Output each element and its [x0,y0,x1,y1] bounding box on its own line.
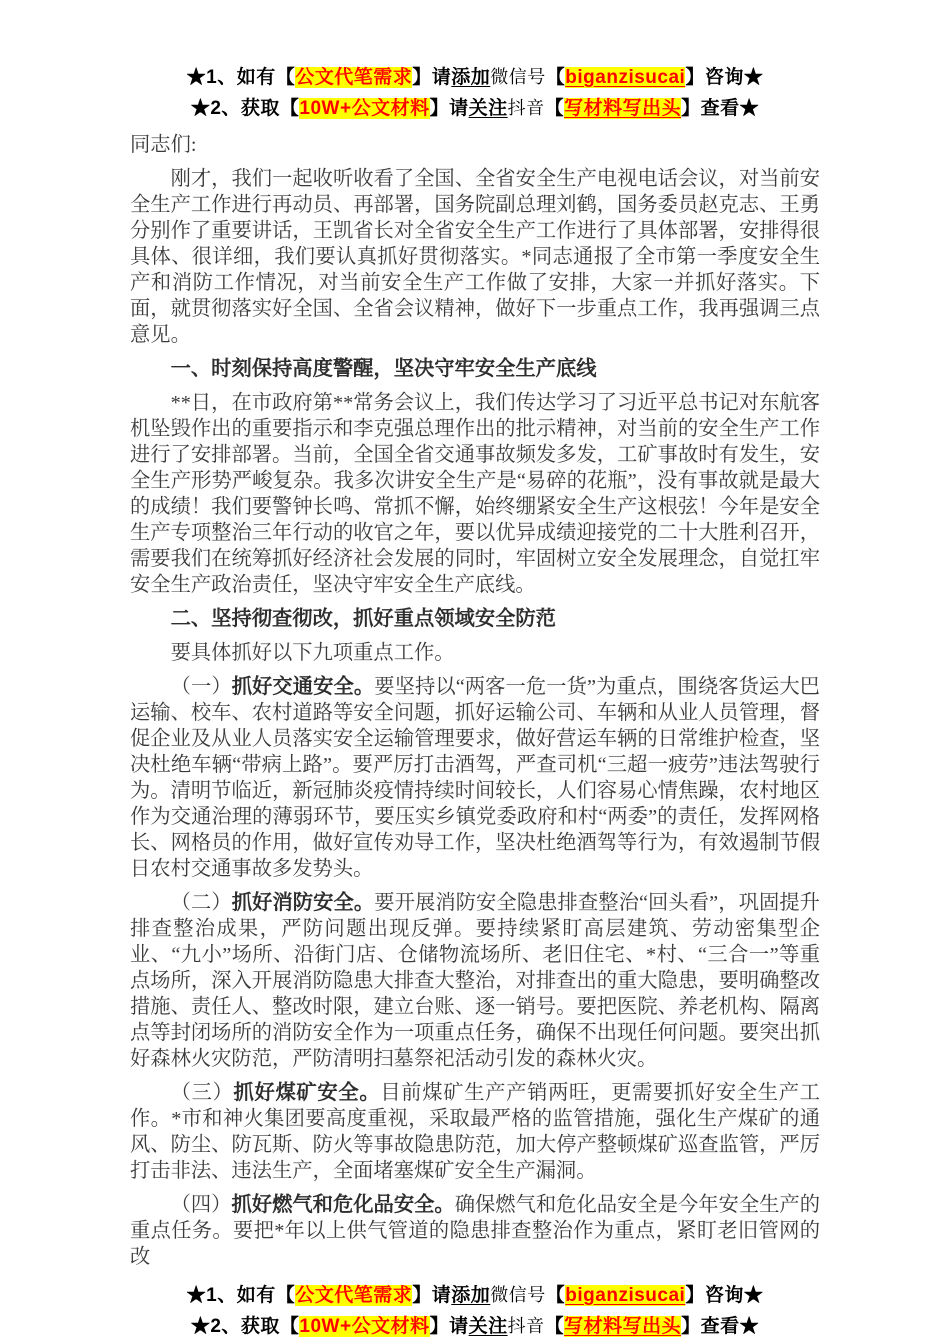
promo-text-wechat: 微信号 [490,1285,546,1305]
promo-action-add: 添加 [451,1285,490,1306]
paragraph-lead: 抓好煤矿安全。 [234,1082,381,1104]
promo-line-1: ★1、如有【公文代笔需求】请添加微信号【biganzisucai】咨询★ [130,62,820,93]
paragraph: （三）抓好煤矿安全。目前煤矿生产产销两旺，更需要抓好安全生产工作。*市和神火集团… [130,1080,820,1184]
promo-highlight-materials: 10W+公文材料 [299,1316,429,1337]
promo-douyin-id: 写材料写出头 [564,1316,681,1337]
promo-wechat-id: biganzisucai [565,1285,685,1306]
promo-text: 】请 [430,1316,469,1337]
promo-banner-top: ★1、如有【公文代笔需求】请添加微信号【biganzisucai】咨询★ ★2、… [130,62,820,124]
promo-text: 【 [546,1285,566,1306]
paragraph-number: （一） [171,676,232,698]
paragraph-lead: 抓好消防安全。 [232,892,375,914]
promo-text: ★2、获取【 [191,1316,300,1337]
promo-text: 】请 [412,67,451,88]
document-body: 同志们: 刚才，我们一起收听收看了全国、全省安全生产电视电话会议，对当前安全生产… [130,132,820,1270]
promo-text: ★2、获取【 [191,98,300,119]
promo-highlight-materials: 10W+公文材料 [299,98,429,119]
promo-text: 】咨询★ [685,1285,763,1306]
paragraphs-container: 刚才，我们一起收听收看了全国、全省安全生产电视电话会议，对当前安全生产工作进行再… [130,166,820,1270]
paragraph-lead: 抓好交通安全。 [232,676,375,698]
section-heading: 一、时刻保持高度警醒，坚决守牢安全生产底线 [130,356,820,382]
promo-highlight-service: 公文代笔需求 [295,1285,412,1306]
promo-action-follow: 关注 [469,98,508,119]
promo-text: 【 [545,1316,565,1337]
promo-text: 】查看★ [681,98,759,119]
paragraph-number: （三） [171,1082,234,1104]
promo-action-add: 添加 [451,67,490,88]
promo-line-2: ★2、获取【10W+公文材料】请关注抖音【写材料写出头】查看★ [130,1311,820,1342]
promo-text-wechat: 微信号 [490,67,546,87]
paragraph: （四）抓好燃气和危化品安全。确保燃气和危化品安全是今年安全生产的重点任务。要把*… [130,1192,820,1270]
promo-text: 】咨询★ [685,67,763,88]
section-heading: 二、坚持彻查彻改，抓好重点领域安全防范 [130,606,820,632]
paragraph: **日，在市政府第**常务会议上，我们传达学习了习近平总书记对东航客机坠毁作出的… [130,390,820,598]
paragraph-number: （四） [171,1194,232,1216]
promo-text-douyin: 抖音 [508,1316,545,1336]
salutation: 同志们: [130,132,820,158]
paragraph-lead: 抓好燃气和危化品安全。 [231,1194,454,1216]
promo-text: 【 [546,67,566,88]
promo-text: 】请 [430,98,469,119]
promo-text: 】请 [412,1285,451,1306]
document-page: ★1、如有【公文代笔需求】请添加微信号【biganzisucai】咨询★ ★2、… [0,0,950,1344]
promo-wechat-id: biganzisucai [565,67,685,88]
promo-highlight-service: 公文代笔需求 [295,67,412,88]
paragraph-number: （二） [171,892,232,914]
promo-text: 【 [545,98,565,119]
promo-text-douyin: 抖音 [508,98,545,118]
promo-text: 】查看★ [681,1316,759,1337]
promo-douyin-id: 写材料写出头 [564,98,681,119]
paragraph: 要具体抓好以下九项重点工作。 [130,640,820,666]
promo-text: ★1、如有【 [187,67,296,88]
promo-action-follow: 关注 [469,1316,508,1337]
promo-text: ★1、如有【 [187,1285,296,1306]
paragraph: （一）抓好交通安全。要坚持以“两客一危一货”为重点，围绕客货运大巴运输、校车、农… [130,674,820,882]
promo-banner-bottom: ★1、如有【公文代笔需求】请添加微信号【biganzisucai】咨询★ ★2、… [130,1280,820,1342]
paragraph: 刚才，我们一起收听收看了全国、全省安全生产电视电话会议，对当前安全生产工作进行再… [130,166,820,348]
promo-line-1: ★1、如有【公文代笔需求】请添加微信号【biganzisucai】咨询★ [130,1280,820,1311]
paragraph: （二）抓好消防安全。要开展消防安全隐患排查整治“回头看”，巩固提升排查整治成果，… [130,890,820,1072]
promo-line-2: ★2、获取【10W+公文材料】请关注抖音【写材料写出头】查看★ [130,93,820,124]
